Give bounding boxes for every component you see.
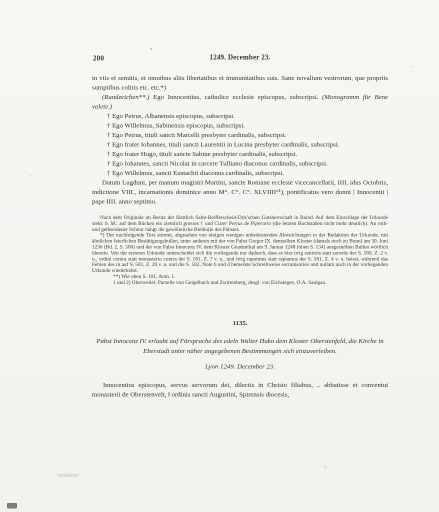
subscription-line: † Ego Willelmus, sancti Eustachii diacon…: [92, 168, 388, 178]
cardinal-subscriptions: † Ego Petrus, Albanensis episcopus, subs…: [92, 111, 388, 178]
continuation-paragraph: in viis et semitis, et omnibus aliis lib…: [92, 73, 388, 92]
subscription-line: † Ego frater Iohannes, tituli sancti Lau…: [92, 140, 388, 150]
entry-body-text: Innocentius episcopus, servus servorum d…: [92, 380, 388, 399]
corner-ink-smudge: [7, 503, 17, 509]
subscription-line: † Ego Petrus, Albanensis episcopus, subs…: [92, 111, 388, 121]
provenance-note: Nach dem Originale im Besitz der fürstli…: [92, 215, 388, 233]
dorsal-mark: b. M.: [105, 221, 116, 227]
footnote-numbered: 1 und 2) Oberweiler, Parzelle von Geigel…: [92, 280, 388, 286]
rota-note: (Rundzeichen**.): [102, 93, 149, 101]
provenance-text: ; auf dem Rücken ein ziemlich grosses † …: [116, 221, 214, 227]
dorsal-inscription: Cister Petrus de Piperario: [214, 221, 271, 227]
scan-speck: [410, 66, 412, 68]
subscription-intro-paragraph: (Rundzeichen**.) Ego Innocentius, cathol…: [92, 92, 388, 111]
datum-paragraph: Datum Lugduni, per manum magistri Martin…: [92, 178, 388, 207]
apparatus-notes: Nach dem Originale im Besitz der fürstli…: [92, 215, 388, 286]
previous-entry-text: in viis et semitis, et omnibus aliis lib…: [92, 73, 388, 206]
scan-speck: [30, 175, 32, 177]
subscription-line: † Ego Petrus, tituli sancti Marcelli pre…: [92, 130, 388, 140]
running-date-heading: 1249. December 23.: [92, 54, 388, 62]
pope-subscription: Ego Innocentius, catholice ecclesie epis…: [149, 93, 322, 101]
footnote-star: *) Der nachfolgende Text stimmt, abgeseh…: [92, 233, 388, 274]
scan-speck: [324, 466, 327, 468]
entry-number: 1135.: [92, 319, 388, 327]
subscription-line: † Ego frater Hugo, tituli sancte Sabine …: [92, 149, 388, 159]
subscription-line: † Ego Willelmus, Sabinensis episcopus, s…: [92, 121, 388, 131]
subscription-line: † Ego Iohannes, sancti Nicolai in carcer…: [92, 159, 388, 169]
page-number: 200: [93, 55, 104, 63]
entry-dateline: Lyon 1249. December 23.: [92, 362, 388, 370]
entry-1135: 1135. Pabst Innocenz IV. erlaubt auf Für…: [92, 319, 388, 399]
scanned-book-page: 200 1249. December 23. in viis et semiti…: [0, 0, 439, 512]
page-content: 200 1249. December 23. in viis et semiti…: [0, 0, 439, 399]
entry-regest: Pabst Innocenz IV. erlaubt auf Fürsprach…: [96, 336, 385, 356]
page-header: 200 1249. December 23.: [92, 54, 388, 66]
scan-smear: [57, 474, 79, 477]
scan-speck: [150, 48, 152, 50]
